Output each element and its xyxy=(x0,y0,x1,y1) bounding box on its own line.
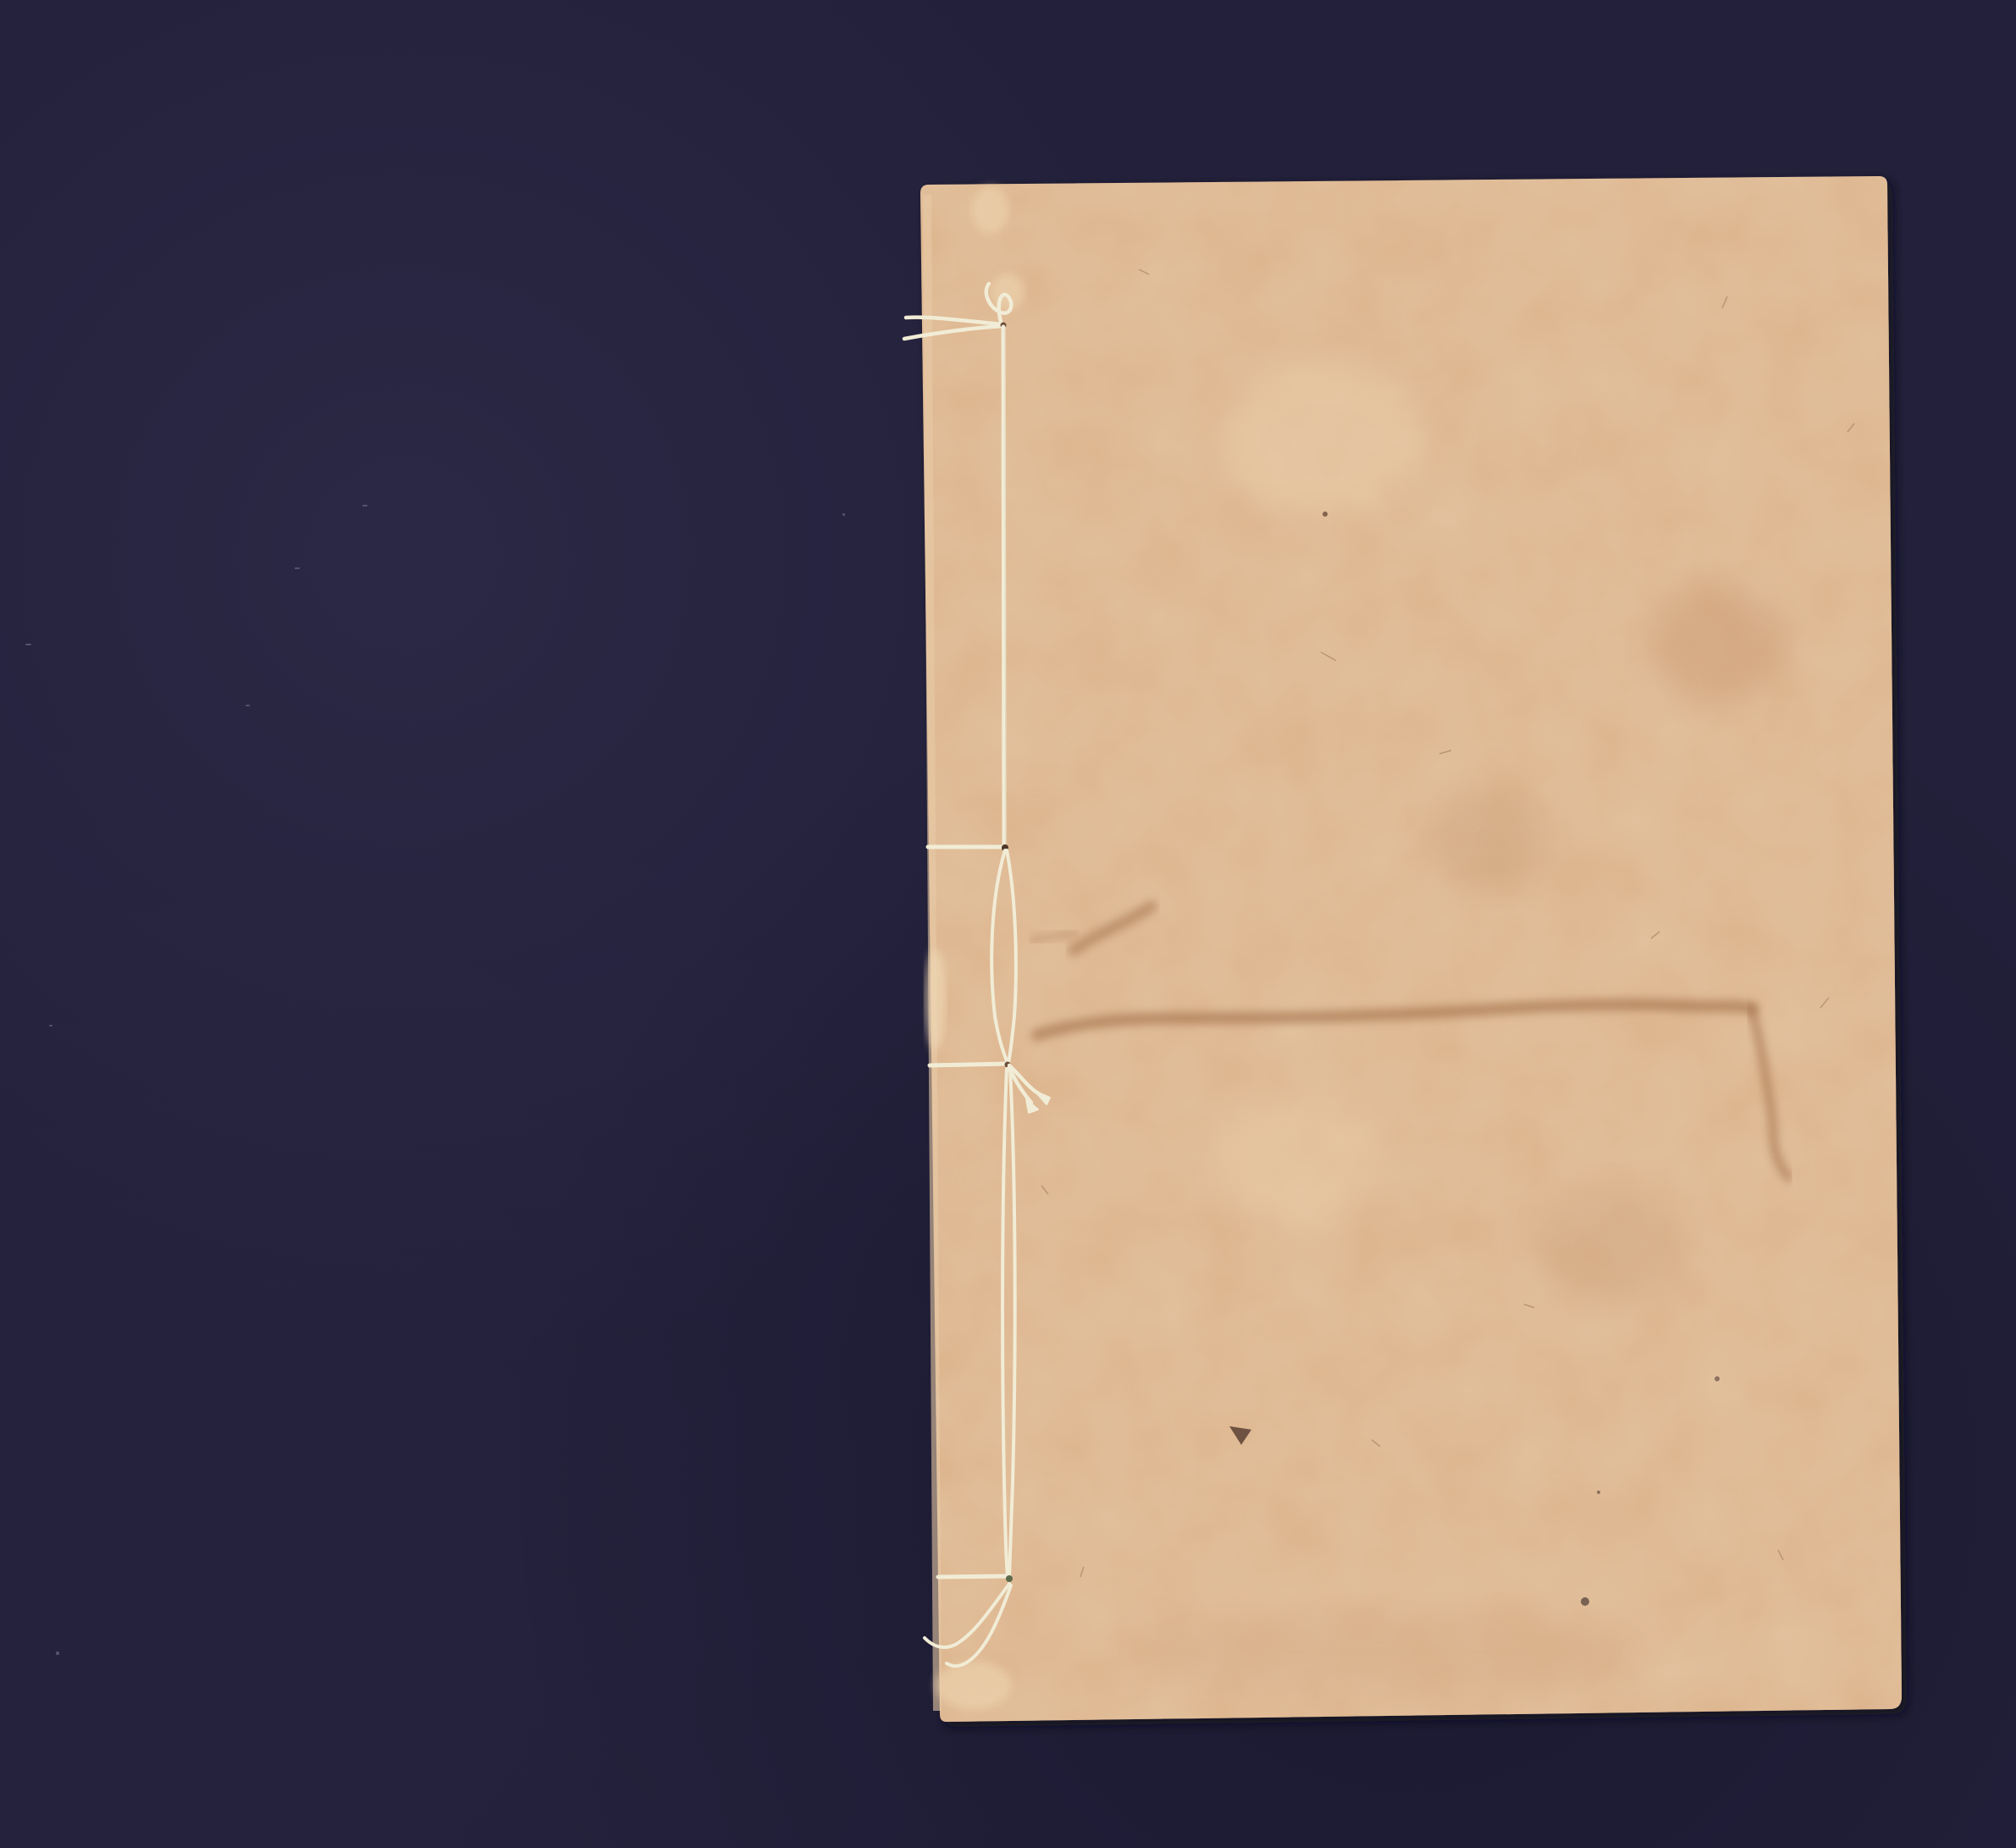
paper-mottle xyxy=(1533,1186,1685,1304)
spine-thread-upper-inner xyxy=(1005,330,1006,844)
paper-mottle xyxy=(1219,364,1422,517)
book-cover xyxy=(920,176,1902,1722)
spine-wear xyxy=(936,1662,1012,1709)
spine-thread-upper xyxy=(1003,327,1004,845)
spine-wear xyxy=(925,949,946,1050)
book-illustration xyxy=(0,0,2016,1848)
spot-mark xyxy=(1323,512,1328,517)
spot-mark xyxy=(1581,1597,1589,1606)
spine-wear xyxy=(972,186,1009,234)
photo-scene xyxy=(0,0,2016,1848)
spot-mark xyxy=(1715,1376,1720,1381)
spot-mark xyxy=(1597,1491,1600,1494)
paper-mottle xyxy=(1211,1093,1380,1228)
spine-wear xyxy=(991,274,1025,311)
paper-mottle xyxy=(1431,788,1549,889)
paper-mottle xyxy=(1135,1609,1643,1694)
paper-mottle xyxy=(1651,584,1787,703)
